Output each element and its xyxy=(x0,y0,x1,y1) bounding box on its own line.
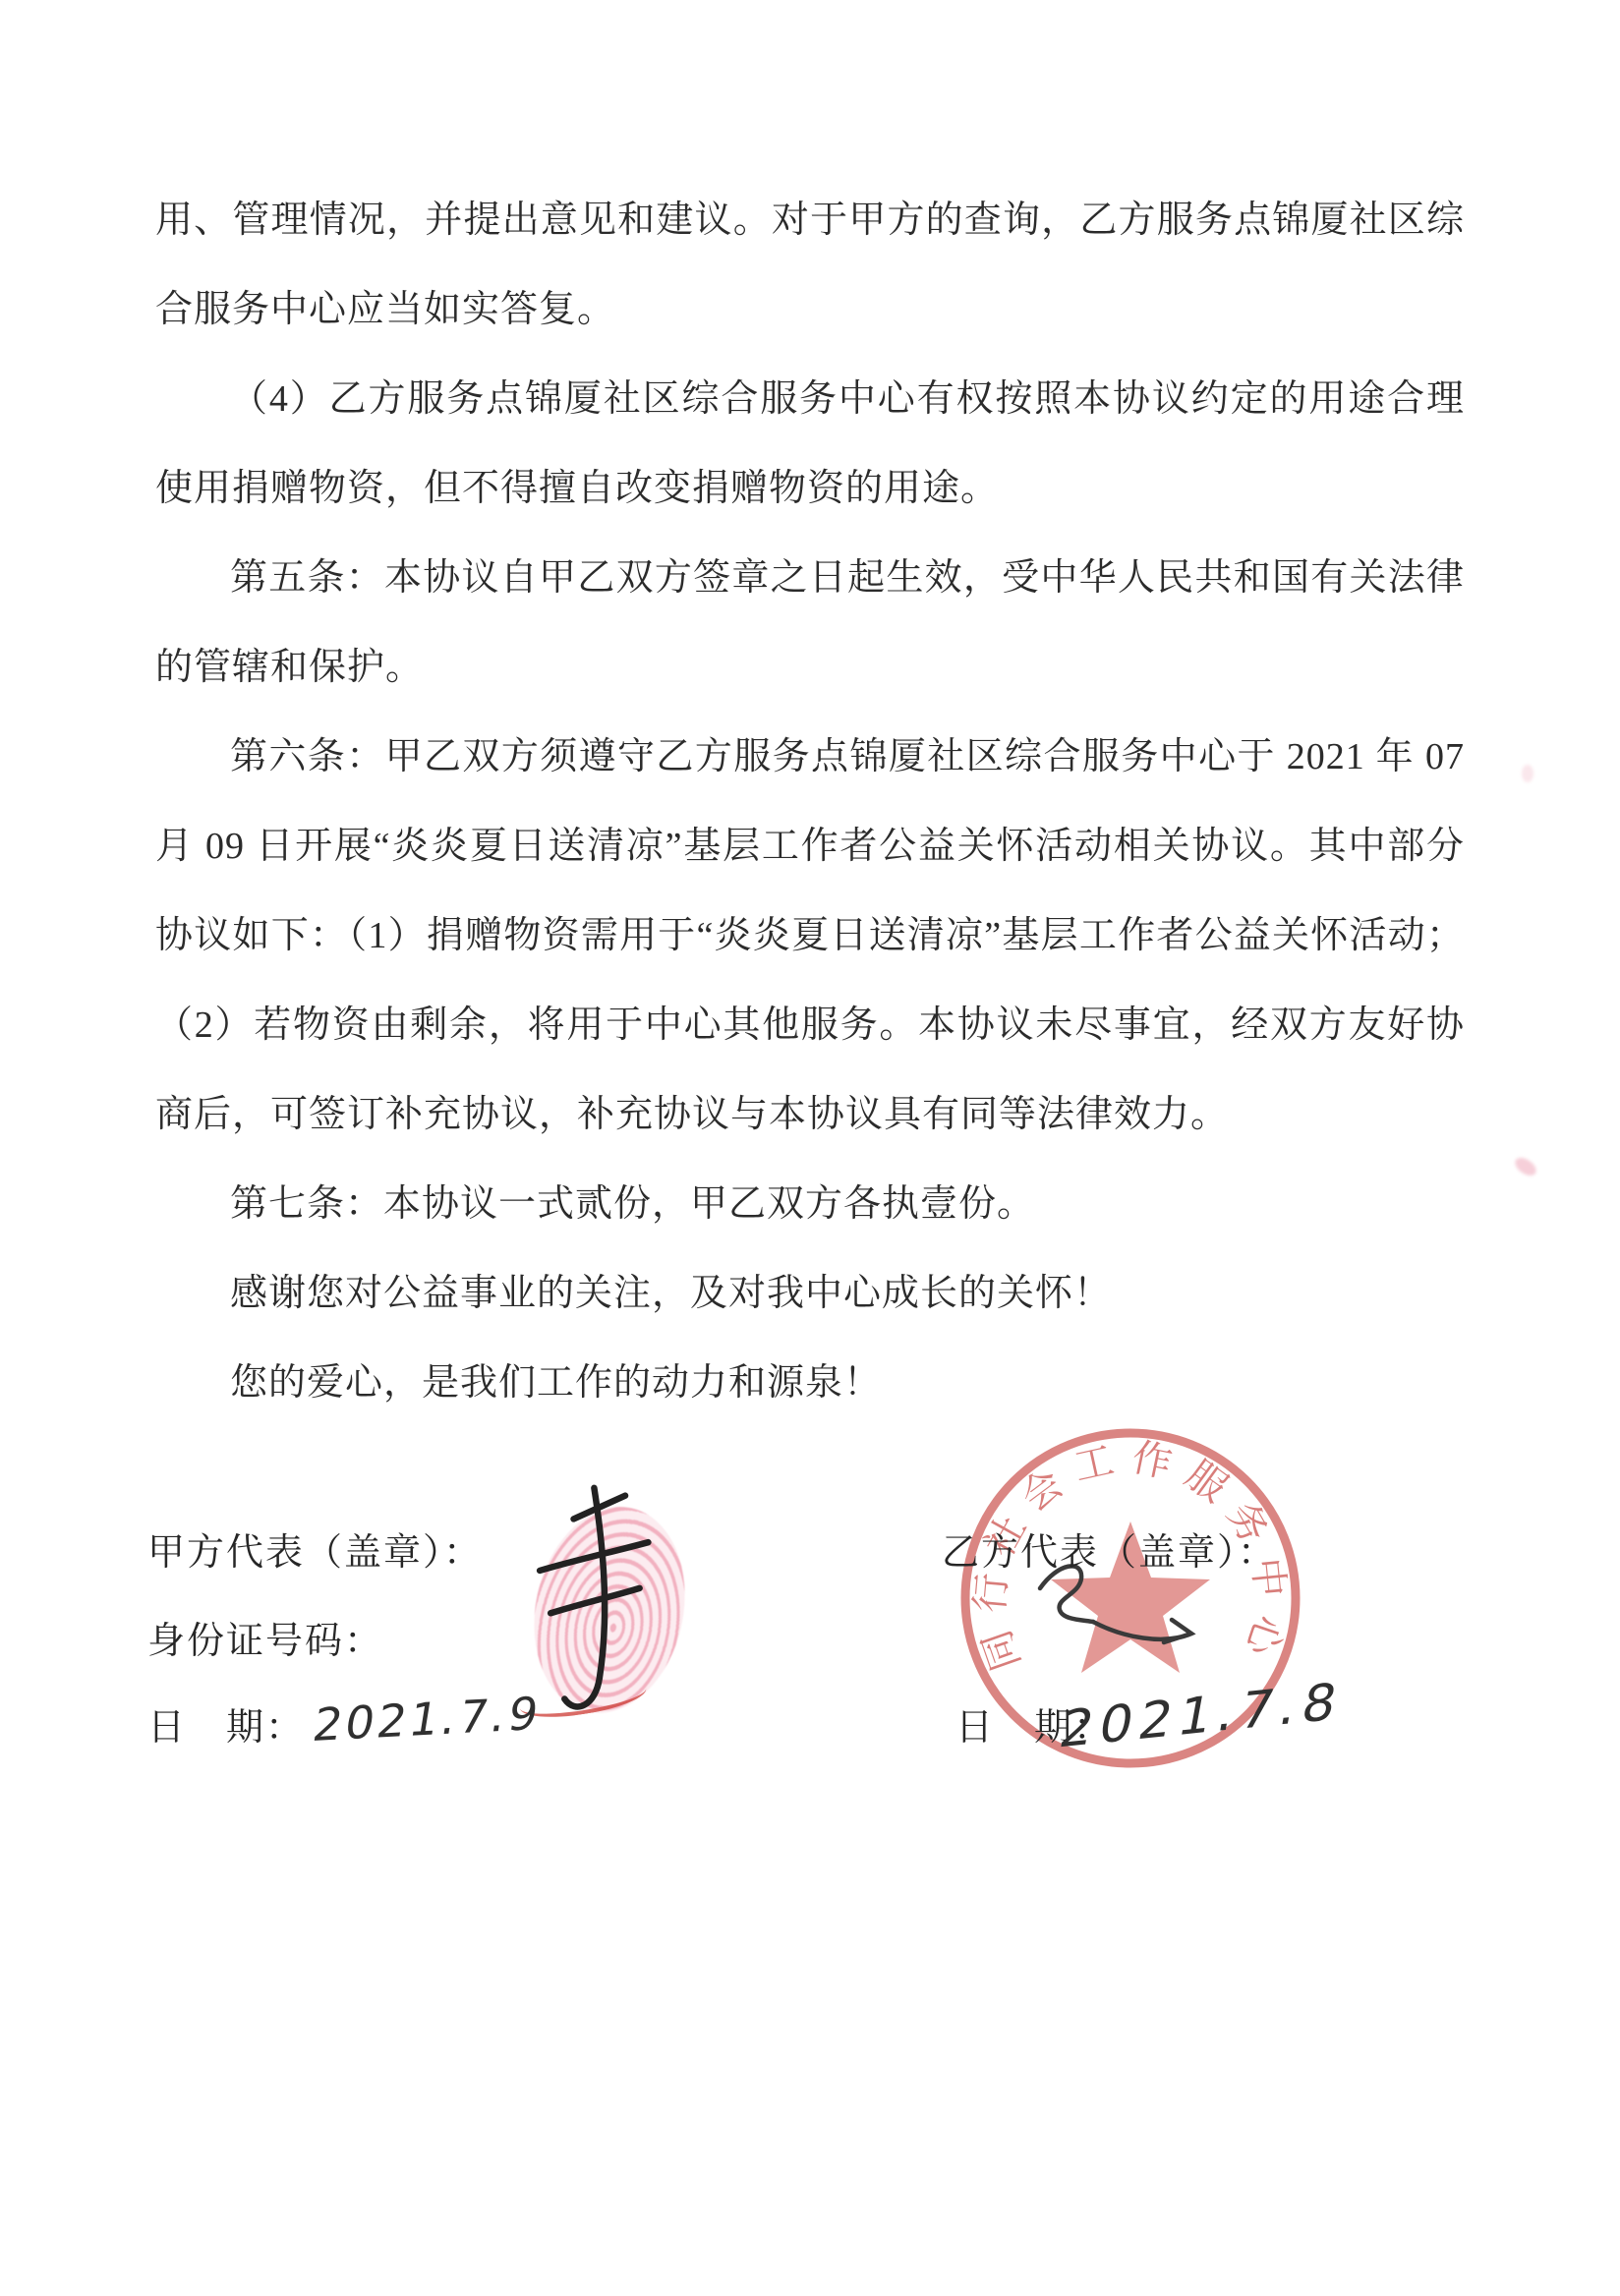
contract-body: 用、管理情况，并提出意见和建议。对于甲方的查询，乙方服务点锦厦社区综合服务中心应… xyxy=(155,176,1465,1428)
scan-artifact xyxy=(1522,765,1533,782)
scanned-contract-page: 用、管理情况，并提出意见和建议。对于甲方的查询，乙方服务点锦厦社区综合服务中心应… xyxy=(0,0,1620,2296)
party-a-date-label: 日 期： xyxy=(147,1696,305,1751)
party-b-rep-label: 乙方代表（盖章）： xyxy=(942,1521,1277,1576)
contract-paragraph: 用、管理情况，并提出意见和建议。对于甲方的查询，乙方服务点锦厦社区综合服务中心应… xyxy=(155,176,1465,355)
scan-artifact xyxy=(1512,1154,1539,1178)
contract-paragraph: 感谢您对公益事业的关注，及对我中心成长的关怀！ xyxy=(155,1249,1465,1339)
party-a-rep-label: 甲方代表（盖章）： xyxy=(147,1521,483,1576)
contract-paragraph: 第五条：本协议自甲乙双方签章之日起生效，受中华人民共和国有关法律的管辖和保护。 xyxy=(155,534,1465,713)
contract-paragraph: 第七条：本协议一式贰份，甲乙双方各执壹份。 xyxy=(155,1160,1465,1249)
party-a-date-handwritten: 2021.7.9 xyxy=(310,1687,546,1751)
contract-paragraph: （4）乙方服务点锦厦社区综合服务中心有权按照本协议约定的用途合理使用捐赠物资，但… xyxy=(155,355,1465,534)
id-number-label: 身份证号码： xyxy=(147,1610,383,1664)
contract-paragraph: 第六条：甲乙双方须遵守乙方服务点锦厦社区综合服务中心于 2021 年 07 月 … xyxy=(155,713,1465,1160)
